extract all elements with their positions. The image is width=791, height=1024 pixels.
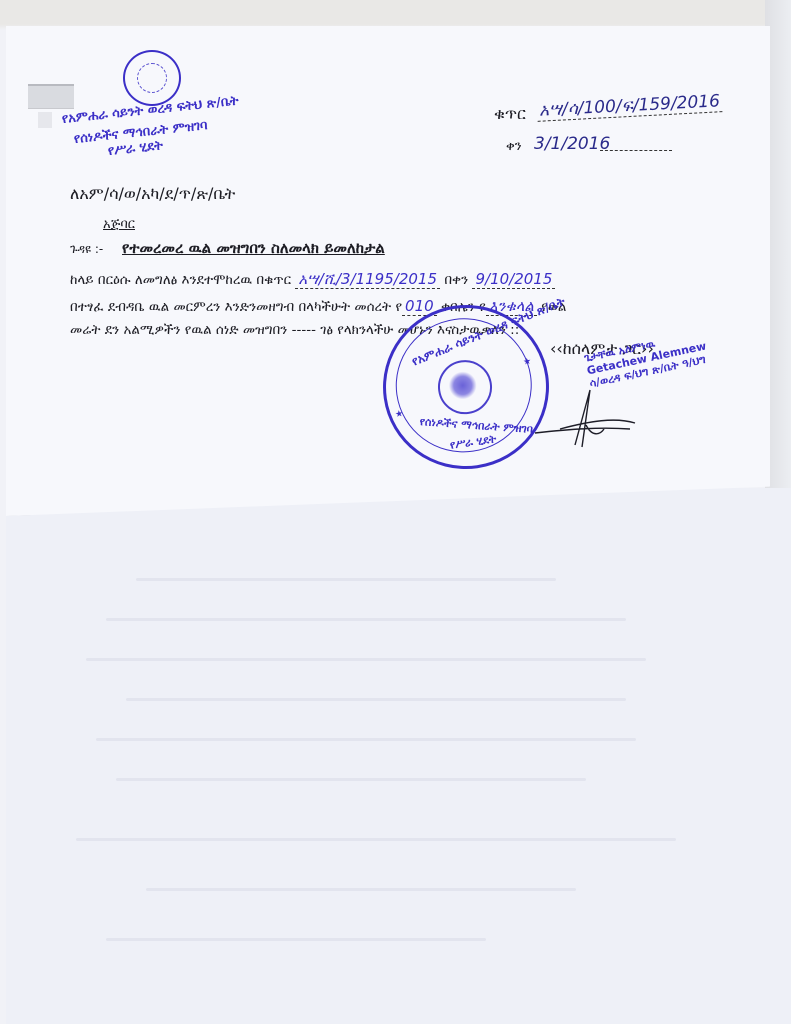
body-line-1: ከላይ በርዕሱ ለመግለፅ እንደተሞከረዉ በቁጥር አሣ/ሺ/3/1195… xyxy=(70,270,555,288)
punch-hole xyxy=(28,84,74,109)
signature xyxy=(530,385,640,455)
body-text: በተፃፈ ደብዳቤ ዉል መርምረን እንድንመዘግብ በላካችሁት መሰረት … xyxy=(70,299,402,315)
underlying-page xyxy=(6,488,791,1024)
date-value: 3/1/2016 xyxy=(534,134,610,154)
body-text: በቀን xyxy=(444,272,468,288)
reference-label: ቁጥር xyxy=(494,104,526,124)
handwritten-ref: አሣ/ሺ/3/1195/2015 xyxy=(295,270,440,289)
emblem-seal xyxy=(123,50,181,106)
body-text: ከላይ በርዕሱ ለመግለፅ እንደተሞከረዉ በቁጥር xyxy=(70,272,291,288)
star-icon: ★ xyxy=(522,357,531,368)
star-icon: ★ xyxy=(395,409,404,420)
addressee: ለአም/ሳ/ወ/አካ/ደ/ጥ/ጽ/ቤት xyxy=(70,184,235,204)
date-label: ቀን xyxy=(506,139,522,154)
date-underline xyxy=(600,150,672,151)
subject-label: ጉዳዩ :- xyxy=(70,242,103,257)
subject-text: የተመረመረ ዉል መዝግበን ስለመላክ ይመለከታል xyxy=(122,239,385,257)
handwritten-date: 9/10/2015 xyxy=(472,270,555,289)
punch-tear xyxy=(38,112,52,128)
copy-label: አጅባር xyxy=(103,217,135,232)
